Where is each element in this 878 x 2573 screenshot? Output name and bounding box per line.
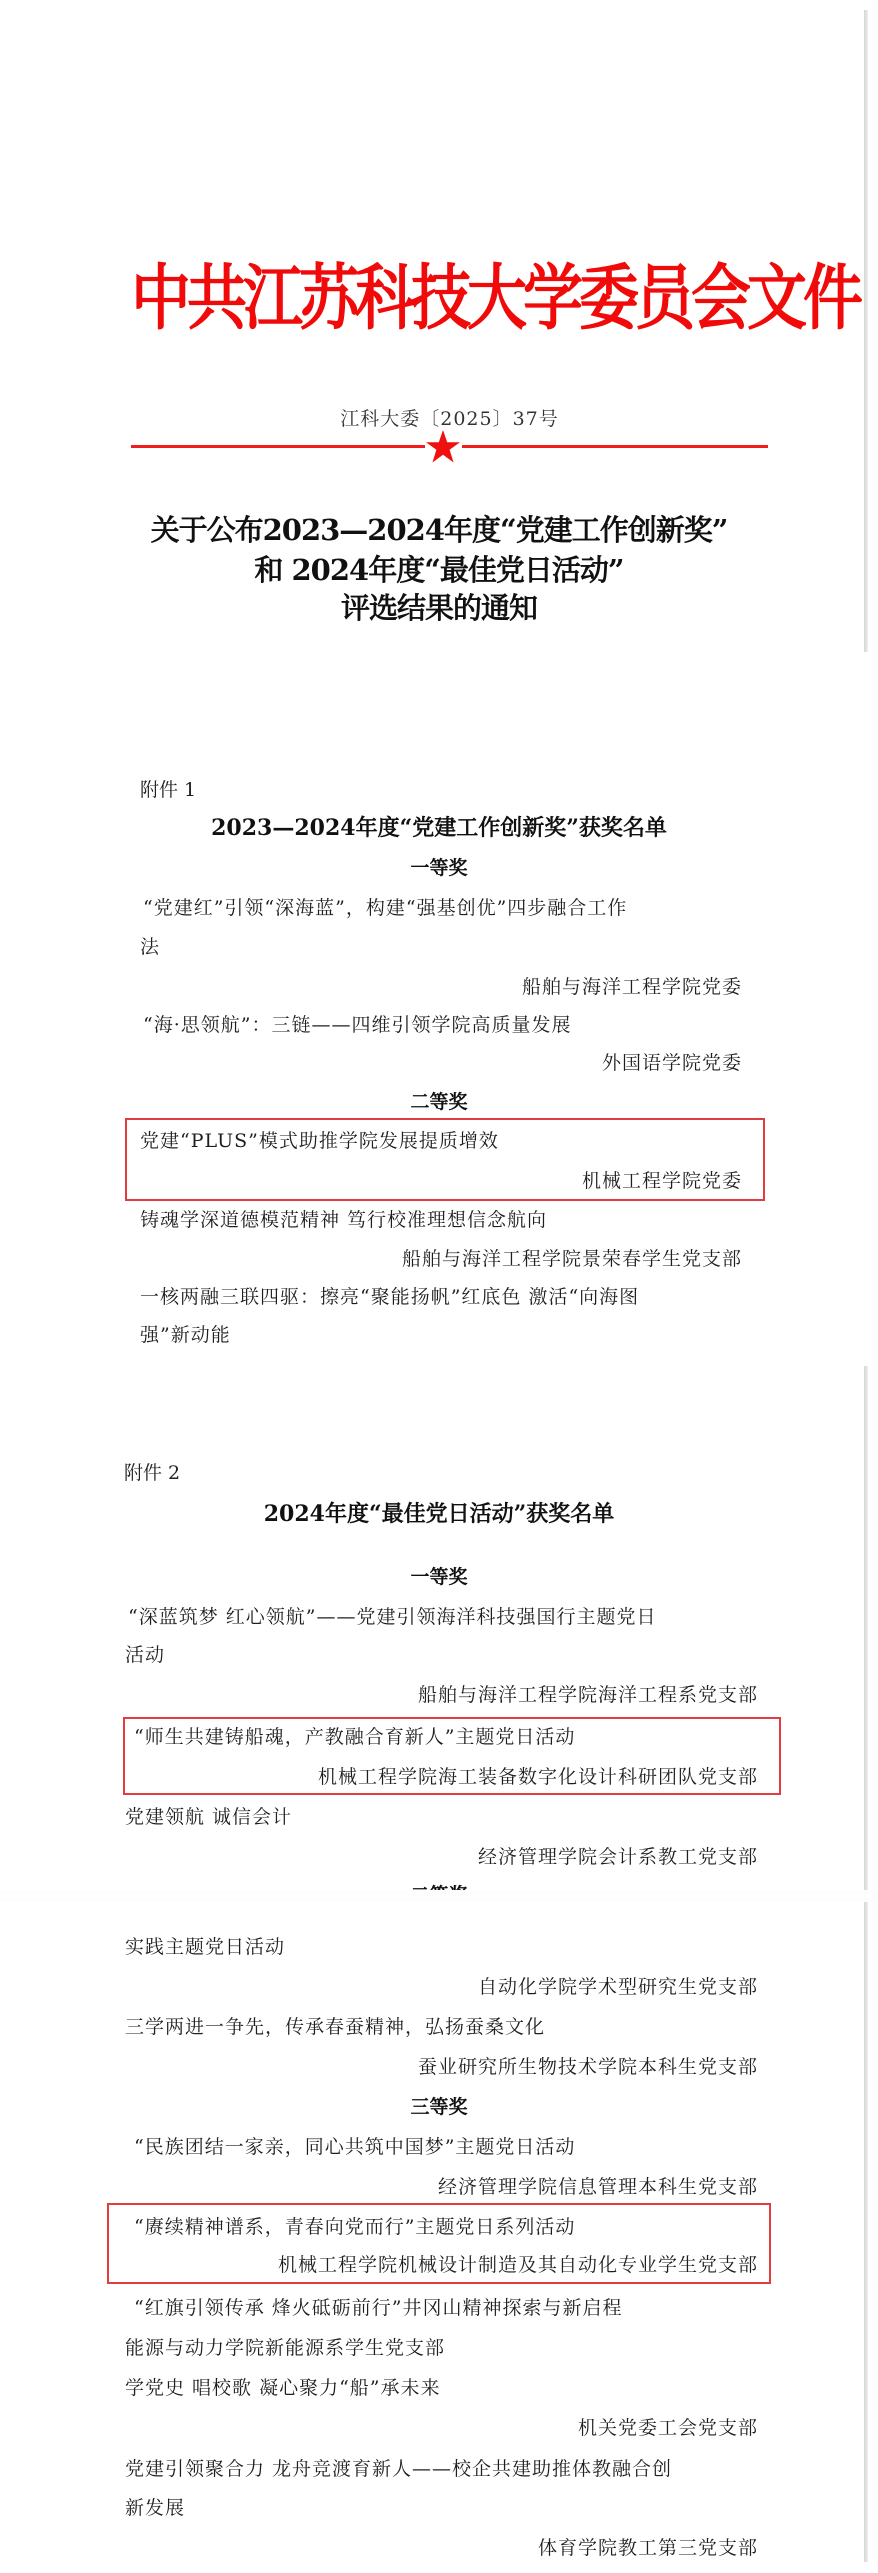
entry-title: 三学两进一争先，传承春蚕精神，弘扬蚕桑文化 — [125, 2014, 545, 2040]
red-divider-left — [131, 445, 425, 448]
attachment-2-title: 2024年度“最佳党日活动”获奖名单 — [0, 1499, 878, 1529]
entry-unit: 船舶与海洋工程学院党委 — [522, 974, 742, 1000]
entry-title: 党建“PLUS”模式助推学院发展提质增效 — [140, 1128, 499, 1154]
entry-unit: 船舶与海洋工程学院海洋工程系党支部 — [418, 1682, 758, 1708]
entry-unit: 蚕业研究所生物技术学院本科生党支部 — [418, 2054, 758, 2080]
entry-title-continued: 法 — [140, 934, 160, 960]
entry-title: “海·思领航”：三链——四维引领学院高质量发展 — [143, 1012, 571, 1038]
entry-unit: 经济管理学院信息管理本科生党支部 — [438, 2174, 758, 2200]
entry-unit: 机械工程学院机械设计制造及其自动化专业学生党支部 — [278, 2252, 758, 2278]
entry-title: “深蓝筑梦 红心领航”——党建引领海洋科技强国行主题党日 — [128, 1604, 656, 1630]
entry-title: 铸魂学深道德模范精神 笃行校准理想信念航向 — [140, 1207, 547, 1233]
entry-title: “师生共建铸船魂，产教融合育新人”主题党日活动 — [134, 1724, 575, 1750]
notice-title-line-2: 和 2024年度“最佳党日活动” — [0, 551, 878, 589]
entry-title: 学党史 唱校歌 凝心聚力“船”承未来 — [125, 2375, 441, 2401]
entry-title: 实践主题党日活动 — [125, 1934, 285, 1960]
entry-title: “红旗引领传承 烽火砥砺前行”井冈山精神探索与新启程 — [134, 2295, 622, 2321]
page-seam — [0, 1890, 878, 1902]
prize-heading-second: 二等奖 — [0, 1089, 878, 1115]
entry-title: “党建红”引领“深海蓝”，构建“强基创优”四步融合工作 — [143, 895, 627, 921]
entry-title-continued: 活动 — [125, 1642, 165, 1668]
entry-unit: 自动化学院学术型研究生党支部 — [478, 1974, 758, 2000]
entry-unit: 能源与动力学院新能源系学生党支部 — [125, 2335, 445, 2361]
red-star-icon — [425, 429, 461, 465]
attachment-1-label: 附件 1 — [140, 777, 196, 803]
notice-title-line-3: 评选结果的通知 — [0, 589, 878, 627]
entry-unit: 机械工程学院党委 — [582, 1168, 742, 1194]
entry-title: 党建领航 诚信会计 — [125, 1804, 292, 1830]
attachment-1-title: 2023—2024年度“党建工作创新奖”获奖名单 — [0, 813, 878, 843]
entry-unit: 经济管理学院会计系教工党支部 — [478, 1844, 758, 1870]
entry-title: 一核两融三联四驱：擦亮“聚能扬帆”红底色 激活“向海图 — [140, 1284, 639, 1310]
page-edge — [864, 1366, 868, 1890]
prize-heading-first: 一等奖 — [0, 855, 878, 881]
prize-heading-first: 一等奖 — [0, 1564, 878, 1590]
prize-heading-second-clipped: 二等奖 — [0, 1880, 878, 1890]
issuer-title: 中共江苏科技大学委员会文件 — [131, 254, 757, 344]
entry-title-continued: 新发展 — [125, 2495, 185, 2521]
red-divider-right — [462, 445, 768, 448]
entry-title: “赓续精神谱系，青春向党而行”主题党日系列活动 — [134, 2214, 575, 2240]
entry-unit: 机关党委工会党支部 — [578, 2415, 758, 2441]
entry-unit: 船舶与海洋工程学院景荣春学生党支部 — [402, 1246, 742, 1272]
prize-heading-third: 三等奖 — [0, 2094, 878, 2120]
attachment-2-label: 附件 2 — [124, 1460, 180, 1486]
notice-title-line-1: 关于公布2023—2024年度“党建工作创新奖” — [0, 511, 878, 549]
page-edge — [864, 1902, 868, 2562]
entry-title-continued: 强”新动能 — [140, 1322, 231, 1348]
entry-title: “民族团结一家亲，同心共筑中国梦”主题党日活动 — [134, 2134, 575, 2160]
entry-unit: 外国语学院党委 — [602, 1050, 742, 1076]
entry-unit: 机械工程学院海工装备数字化设计科研团队党支部 — [318, 1764, 758, 1790]
entry-unit: 体育学院教工第三党支部 — [538, 2535, 758, 2561]
entry-title: 党建引领聚合力 龙舟竞渡育新人——校企共建助推体教融合创 — [125, 2456, 672, 2482]
